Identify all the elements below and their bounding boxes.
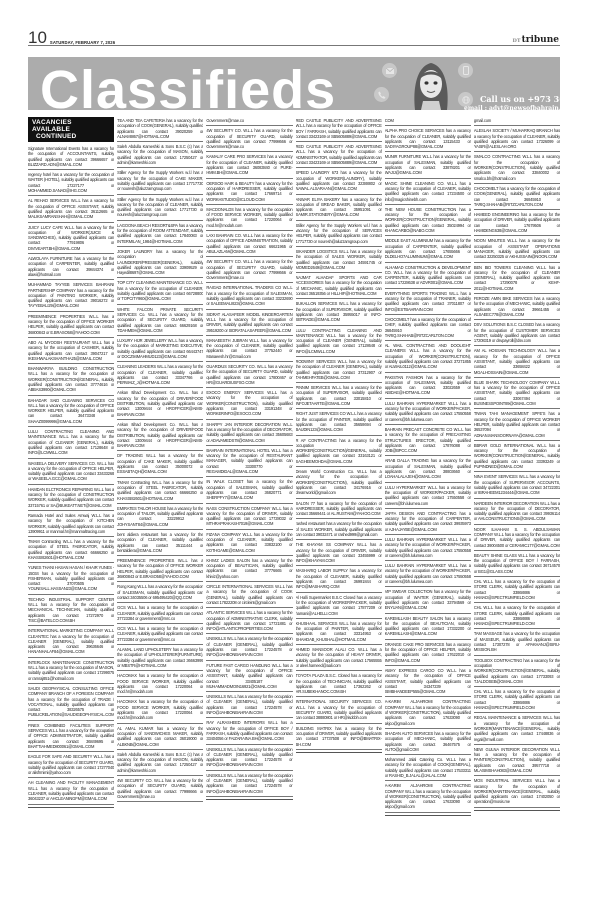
classified-ad: THE NEW HOUSE CONSTRUCTION has a vacancy… — [385, 206, 471, 236]
classified-ad: FINEX COMBINED FACILITIES SUPPORT SERVIC… — [28, 722, 114, 752]
classified-ad: LAXI BAHRAIN CO. W.L.L has a vacancy for… — [206, 232, 292, 257]
classified-ad: CHL W.L.L has a vacancy for the occupati… — [474, 578, 560, 603]
classified-ad: ALAMAL LAND UPHOLSTERY has a vacancy for… — [117, 646, 203, 671]
classified-ad: ARAB DALLA TRADING has a vacancy for the… — [385, 457, 471, 482]
classified-ad: MIDDLE EAST ALUMINIUM has a vacancy for … — [385, 237, 471, 262]
classified-ad: JAFFA DESIGN AND CONTRACTING has a vacan… — [385, 510, 471, 535]
classified-ad: LULU HYPERMARKET W.L.L has a vacancy for… — [385, 484, 471, 509]
classified-ad: Rong Kang W.L.L has a vacancy for the oc… — [117, 583, 203, 603]
brand-logo: DTtribune — [513, 35, 560, 45]
classified-ad: LUXURY HIJR JEWELLERY W.L.L has a vacanc… — [117, 337, 203, 362]
classified-ad: TECHNO INDUSTRIAL SUPPORT CENTER W.L.L h… — [28, 596, 114, 626]
classified-ad: Government@mae.co — [206, 117, 292, 126]
classified-ad: SMALCO CONTRACTING W.L.L has a vacancy f… — [474, 153, 560, 183]
classified-ad: CIRCLE INTERNATIONAL SERVICES W.L.L has … — [206, 583, 292, 608]
section-heading-line-1: VACANCIES AVAILABLE — [32, 119, 111, 133]
classified-ad: PAKISTAN FASHION has a vacancy for the o… — [385, 374, 471, 399]
page-number: 10 — [28, 30, 47, 46]
ad-list: gmail.comALESLAH SOCIETY / MUHARRAQ BRAN… — [474, 117, 560, 808]
masthead-divider — [28, 45, 560, 46]
classified-ad: Stiller Agency for the Supply Workers w.… — [117, 196, 203, 221]
classified-ad: FUTURE FAST CARGO HANDLING W.L.L has a v… — [206, 662, 292, 692]
classified-ad: LULU CONTRACTING CLEANING AND MAINTENANC… — [28, 428, 114, 458]
classified-ad: CHL W.L.L has a vacancy for the occupati… — [474, 688, 560, 713]
classified-ad: BAHRAIN INTERNATIONAL HOTEL W.L.L has a … — [206, 447, 292, 477]
classified-ad: HAMEED ENGINEERING has a vacancy for the… — [474, 211, 560, 236]
column-6: gmail.comALESLAH SOCIETY / MUHARRAQ BRAN… — [474, 117, 560, 877]
column-end-rule — [28, 807, 114, 808]
classified-ad: LULU CONTRACTING CLEANING AND MAINTENANC… — [296, 327, 382, 357]
classified-ad: LAGOONA BEACH RESORT&SPA has a vacancy f… — [117, 222, 203, 247]
classified-ad: UNISKILLS W.L.L has a vacancy for the oc… — [206, 746, 292, 771]
ad-list: TEA AND TEA CAFETERIA has a vacancy for … — [117, 117, 203, 802]
classified-ad: ABO AL MYOOSH RESTAURANT W.L.L has a vac… — [28, 339, 114, 364]
classified-ad: AWAY EXPRESS CARGO CO W.L.L has a vacanc… — [385, 667, 471, 697]
classified-ad: A-KARIM ALJAHROMI CONTRACTING COMPANY W.… — [385, 698, 471, 728]
classified-ad: INTERLOCK MAINTENANCE CONSTRUCTION W.L.L… — [28, 659, 114, 684]
classified-ad: BEAUTY SHINE GLASS W.L.L has a vacancy f… — [474, 552, 560, 577]
classified-ad: AL AMAL KUMAR has a vacancy for the occu… — [117, 725, 203, 750]
classified-ad: BUILDING MATRIX has a vacancy for the oc… — [296, 725, 382, 750]
classified-ad: YUNES THANI HASAN HASAN / KHAIR YUNES - … — [28, 564, 114, 594]
classified-ad: UNISKILLS W.L.L has a vacancy for the oc… — [206, 635, 292, 660]
classified-ad: MUNIR FURNITURE W.L.L has a vacancy for … — [385, 153, 471, 178]
classified-ad: SALON 77 has a vacancy for the occupatio… — [296, 500, 382, 520]
classified-ad: Dream World Construction Co. W.L.L has a… — [296, 468, 382, 498]
classified-ad: NARDEEN INTERIOR DECORATION W.L.L has a … — [474, 500, 560, 525]
classified-ad: MAGIC SHINE CLEANING CO. W.L.L has a vac… — [385, 180, 471, 205]
brand-name: tribune — [522, 35, 559, 45]
classified-ad: ATLANTIC SERVICES W.L.L has a vacancy fo… — [206, 609, 292, 634]
classified-ad: VIP SWEAR COLLECTION has a vacancy for t… — [385, 588, 471, 613]
classified-ad: DSV SOLUTIONS B.S.C CLOSED has a vacancy… — [474, 321, 560, 346]
classified-ad: GUARDIUS SECURITY CO. W.L.L has a vacanc… — [206, 363, 292, 388]
classified-ad: Saleh Abdulla Kameshki & Sons B.S.C (c) … — [117, 143, 203, 168]
classified-ad: ANWAR ELIYA BAKERY has a vacancy for the… — [296, 196, 382, 221]
classified-ad: LULU BAHRAIN HYPERMARKET W.L.L has a vac… — [385, 536, 471, 561]
classified-ad: UNISKILLS W.L.L has a vacancy for the oc… — [206, 693, 292, 718]
classified-ad: KHUSHAAL SERVICES W.L.L has a vacancy fo… — [296, 620, 382, 645]
classified-ad: SPEED LAUNDRY 673 has a vacancy for the … — [296, 169, 382, 194]
section-heading: VACANCIES AVAILABLE CONTINUED — [28, 117, 114, 142]
classified-ad: DF TRADING W.L.L has a vacancy for the o… — [117, 452, 203, 477]
classified-ad: INTERNATIONAL SECURITY SERVICES CO. W.L.… — [296, 698, 382, 723]
classified-ad: EVERYTHING SPORTS TRADING W.L.L has a va… — [385, 290, 471, 315]
classified-ad: SIDRAT ALASAFEER MODEL KINDERGARTEN W.L.… — [206, 311, 292, 336]
classified-ad: REGAL MAINTENANCE & SERVICES W.L.L has a… — [474, 714, 560, 744]
classified-ad: HAMDAN ELCTRONICS REPAIRING W.L.L has a … — [28, 486, 114, 511]
column-end-rule — [474, 810, 560, 811]
ad-list: Government@mae.co4W SECURITY CO. W.L.L h… — [206, 117, 292, 797]
classified-ad: OERSOD HAIR & BEAUTY has a vacancy for t… — [206, 180, 292, 205]
classified-ad: BLUE SHARK TECHNOLOGY COMPANY W.L.L has … — [474, 379, 560, 409]
classified-ad: JUICY LUCY CAFE W.L.L has a vacancy for … — [28, 224, 114, 254]
classified-ad: THE KHAYAM SS COMPANY W.L.L has a vacanc… — [296, 541, 382, 566]
classified-ad: TOP CITY CLEANING MAINTENANCE CO. W.L.L … — [117, 279, 203, 304]
classified-ad: TMAM Contracting W.L.L has a vacancy for… — [117, 479, 203, 504]
classified-ad: MACDONALDS has a vacancy for the occupat… — [206, 206, 292, 231]
classified-ad: gmail.com — [474, 117, 560, 126]
classified-ad: 4W SECURITY CO. W.L.L has a vacancy for … — [117, 777, 203, 802]
classified-ad: FIZANA COMPANY W.L.L has a vacancy for t… — [206, 531, 292, 556]
classifieds-banner: Classifieds Call us on +973 36458394 ema… — [28, 57, 560, 110]
classified-ad: LULU BAHRAIN HYPERMARKET W.L.L has a vac… — [385, 562, 471, 587]
classified-ad: INTERNATIONAL MARKETING COMPANY W.L.L CL… — [28, 627, 114, 657]
classified-ad: HACOMAX has a vacancy for the occupation… — [117, 698, 203, 723]
classified-ad: CHOCOMELT has a vacancy for the occupati… — [385, 316, 471, 341]
column-1: VACANCIES AVAILABLE CONTINUED Signature … — [28, 117, 114, 877]
classified-ad: TOYOTA PLAZA B.S.C. Closed has a vacancy… — [296, 672, 382, 697]
classified-ad: AL REHAD SERVICES W.L.L has a vacancy fo… — [28, 197, 114, 222]
classified-ad: NAJMAT ALHADAF SPORTS AND CAR ACCESSORIE… — [296, 274, 382, 299]
classified-ad: BEN BID TOWERS CLEANING W.L.L has a vaca… — [474, 264, 560, 294]
classified-ad: AL WAIL CONTRACTING AND DOOLIGHT CLEANER… — [385, 342, 471, 372]
classified-ad: RODWINY SERVICES W.L.L has a vacancy for… — [296, 358, 382, 383]
classified-ad: ALWOLAYA FURNITURE has a vacancy for the… — [28, 255, 114, 280]
classified-ad: NOON MINUTES W.L.L has a vacancy for the… — [474, 237, 560, 262]
classified-ad: BHANWARIYA BUILDING CONSTRUCTION W.L.L h… — [28, 365, 114, 395]
classified-ad: AHMED MANSOOR ALALI CO. W.L.L has a vaca… — [296, 646, 382, 671]
classified-ad: RED CASTLE PUBLICITY AND ADVERTISING W.L… — [296, 117, 382, 142]
classified-ad: bent aldiera restaurant has a vacancy fo… — [117, 531, 203, 556]
classified-ad: BAHADAR SAID CLEANING SERVICES CO W.L.L … — [28, 397, 114, 427]
classified-ad: RAY ALRASHEED INTERIORS W.L.L has a vaca… — [206, 719, 292, 744]
classified-ad: regency hotel has a vacancy for the occu… — [28, 171, 114, 196]
classified-ad: 4W SECURITY CO. W.L.L has a vacancy for … — [206, 127, 292, 152]
classified-ad: NASS CONSTRUCTION COMPANY W.L.L has a va… — [206, 505, 292, 530]
classified-ad: MOS INDUSTRIAL SERVICES W.L.L has a vaca… — [474, 777, 560, 807]
column-end-rule — [206, 799, 292, 800]
classified-ad: WASEELA DELIVERY SERVICES CO. W.L.L has … — [28, 460, 114, 485]
classified-ad: BBRAR GOLD INTERNATIONAL W.L.L has a vac… — [474, 442, 560, 472]
classified-ad: R AF CONTRACTING has a vacancy for the o… — [296, 437, 382, 467]
classified-ad: ALPHA PRO CHOICE SERVICES has a vacancy … — [385, 127, 471, 152]
classified-ad: SHADAN AUTO SERVICES has a vacancy for t… — [385, 730, 471, 755]
classifieds-columns: VACANCIES AVAILABLE CONTINUED Signature … — [28, 117, 560, 877]
column-end-rule — [296, 752, 382, 753]
classified-ad: MASHARIQ LABOR SUPPLY has a vacancy for … — [296, 567, 382, 592]
classified-ad: RIGHT JUST SERVICES CO W.L.L has a vacan… — [296, 410, 382, 435]
classified-ad: AM AL HOSSAIN TECHNOLOGY W.L.L has a vac… — [474, 347, 560, 377]
ad-list: Signature International Events has a vac… — [28, 145, 114, 805]
classified-ad: Ankan Itihad Development Co. W.L.L has a… — [117, 421, 203, 451]
column-4: RED CASTLE PUBLICITY AND ADVERTISING W.L… — [296, 117, 382, 877]
classified-ad: TMAM Contracting W.L.L has a vacancy for… — [28, 538, 114, 563]
classified-ad: TEA AND TEA CAFETERIA has a vacancy for … — [117, 117, 203, 142]
classified-ad: BAHRAIN PRECAST CONCRETE CO W.L.L has a … — [385, 426, 471, 456]
classified-ad: NINA EVENT SERVICES W.L.L has a vacancy … — [474, 473, 560, 498]
classified-ad: MANAEESTH JUBRAN W.L.L has a vacancy for… — [206, 337, 292, 362]
banner-email: email : advt@newsofbahrain.com — [464, 105, 560, 110]
classified-ad: JOKER LAUNDRY has a vacancy for the occu… — [117, 248, 203, 278]
classified-ad: GCS W.L.L has a vacancy for the occupati… — [117, 604, 203, 624]
classified-ad: UNISKILLS W.L.L has a vacancy for the oc… — [206, 772, 292, 797]
classified-ad: Al Halli Supermarket B.S.C Closed has a … — [296, 594, 382, 619]
ad-list: COMALPHA PRO CHOICE SERVICES has a vacan… — [385, 117, 471, 813]
classified-ad: ALESLAH SOCIETY / MUHARRAQ BRANCH has a … — [474, 127, 560, 152]
classified-ad: rashed restaurant has a vacancy for the … — [296, 520, 382, 540]
classified-ad: CLEANING LEADERS W.L.L has a vacancy for… — [117, 363, 203, 388]
classified-ad: Saleh Abdulla Kameshki & Sons B.S.C (c) … — [117, 751, 203, 776]
masthead: 10 SATURDAY, FEBRUARY 7, 2026 — [28, 28, 280, 46]
section-heading-line-2: CONTINUED — [32, 133, 111, 140]
column-2: TEA AND TEA CAFETERIA has a vacancy for … — [117, 117, 203, 877]
phone-icon — [374, 87, 389, 102]
classified-ad: BUKALLON SERVICES W.L.L has a vacancy fo… — [296, 300, 382, 325]
classified-ad: Ramada Hotel and Suites Amwaj W.L.L has … — [28, 512, 114, 537]
classified-ad: TAM MASSAGE has a vacancy for the occupa… — [474, 630, 560, 655]
classified-ad: GCS W.L.L has a vacancy for the occupati… — [117, 625, 203, 645]
classified-ad: Stiller Agency for the Supply Workers w.… — [117, 169, 203, 194]
classified-ad: Ankan Itihad Development Co. W.L.L has a… — [117, 389, 203, 419]
brand-prefix: DT — [513, 38, 521, 44]
envelope-icon — [382, 63, 397, 78]
classified-ad: A-KARIM ALJAHROMI CONTRACTING COMPANY W.… — [385, 782, 471, 812]
classified-ad: PREEMINENCE PROPERTIES W.L.L has a vacan… — [117, 557, 203, 582]
classified-ad: IN WALK CLOSET has a vacancy for the occ… — [206, 478, 292, 503]
classified-ad: KAMALIY CARE PRO SERVICES has a vacancy … — [206, 153, 292, 178]
column-end-rule — [385, 815, 471, 816]
classified-ad: EXOCO ENERGY SERVICES W.L.L has a vacanc… — [206, 389, 292, 419]
classified-ad: MUHAMMAD TAYYEB SERVICES BAHRAINI PARTNE… — [28, 281, 114, 311]
classified-ad: TOOLBOX CONTRACTING has a vacancy for th… — [474, 657, 560, 687]
classified-ad: AH CLEANING AND FACILITY MANAGEMENT W.L.… — [28, 779, 114, 804]
classified-ad: COM — [385, 117, 471, 126]
classified-ad: PREEMINENCE PROPERTIES W.L.L has a vacan… — [28, 313, 114, 338]
classified-ad: LULU BAHRAIN HYPERMARKET W.L.L has a vac… — [385, 400, 471, 425]
classified-ad: Signature International Events has a vac… — [28, 145, 114, 170]
classified-ad: ALHAMAD CONSTRUCTION & DEVELOPMENT CO. W… — [385, 264, 471, 289]
classified-ad: ORANGE CAKE PRO SERVICES has a vacancy f… — [385, 641, 471, 666]
classified-ad: NOOR ILHAHAM S. S. ABDULSAWAN COMPANY W.… — [474, 526, 560, 551]
classified-ad: CHOCOMELT has a vacancy for the occupati… — [474, 185, 560, 210]
classified-ad: RED CASTLE PUBLICITY AND ADVERTISING W.L… — [296, 143, 382, 168]
classified-ad: KAREMLLASH BEAUTY SALON has a vacancy fo… — [385, 615, 471, 640]
operator-illustration — [409, 57, 453, 110]
mobile-icon — [458, 63, 473, 78]
classified-ad: 4W SECURITY CO. W.L.L has a vacancy for … — [206, 258, 292, 283]
banner-title: Classifieds — [40, 59, 336, 110]
classified-ad: PINNIM SERVICES W.L.L has a vacancy for … — [296, 384, 382, 409]
classified-ad: NEW GULNA INTERIOR DECORATION W.L.L has … — [474, 746, 560, 776]
ad-list: RED CASTLE PUBLICITY AND ADVERTISING W.L… — [296, 117, 382, 750]
classified-ad: SIKANDER LOGISTICS W.L.L has a vacancy f… — [296, 248, 382, 273]
classified-ad: CHL W.L.L has a vacancy for the occupati… — [474, 604, 560, 629]
classified-ad: TIWAN TAHI MANAGEMENT SPFE'S has a vacan… — [474, 410, 560, 440]
classified-ad: Stiller Agency for the Supply Workers w.… — [296, 222, 382, 247]
classified-ad: SHARPY JAN INTERIOR DECORATION W.L.L has… — [206, 421, 292, 446]
classified-ad: HACOMAX has a vacancy for the occupation… — [117, 672, 203, 697]
classified-ad: EMIRATES TAILOR HOUSE has a vacancy for … — [117, 505, 203, 530]
classified-ad: WHITE FALCON PRIVATE SECURITY SERVICES C… — [117, 306, 203, 336]
classified-ad: KHIVIZ LADIES SALON has a vacancy for th… — [206, 557, 292, 582]
classified-ad: EAGLE FOR SAFE AND SECURITY W.L.L has a … — [28, 753, 114, 778]
classified-ad: SAUDI GEOPHYSICAL CONSULTING OFFICE COMP… — [28, 685, 114, 721]
banner-phone: Call us on +973 36458394 — [480, 94, 560, 104]
column-3: Government@mae.co4W SECURITY CO. W.L.L h… — [206, 117, 292, 877]
classified-ad: RAIGAD INTERNATIONAL TRADERS CO W.L.L ha… — [206, 284, 292, 309]
column-5: COMALPHA PRO CHOICE SERVICES has a vacan… — [385, 117, 471, 877]
classified-ad: Mohammed Jalal Catering Co. W.L.L has a … — [385, 756, 471, 781]
classified-ad: FEROZE AMIN BIKE SERVICES has a vacancy … — [474, 295, 560, 320]
